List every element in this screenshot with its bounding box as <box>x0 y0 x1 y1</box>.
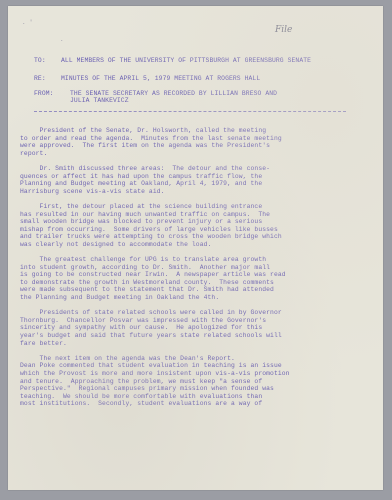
text-line: fare better. <box>20 340 385 348</box>
text-line: Perspective." Regional campuses primary … <box>20 385 385 393</box>
text-line: Dr. Smith discussed three areas: The det… <box>20 165 385 173</box>
text-line: quences or affect it has had upon the ca… <box>20 173 385 181</box>
text-line: Dean Poke commented that student evaluat… <box>20 362 385 370</box>
text-line: Thornburg. Chancellor Posvar was impress… <box>20 317 385 325</box>
from-value-line2: JULIA TANKEVICZ <box>70 97 129 105</box>
to-label: TO: <box>34 57 61 65</box>
text-line: the Planning and Budget meeting in Oakla… <box>20 294 385 302</box>
text-line: Presidents of state related schools were… <box>20 309 385 317</box>
text-line: teaching. We should be more comfortable … <box>20 393 385 401</box>
text-line: and tenure. Approaching the problem, we … <box>20 378 385 386</box>
memo-page: . ' . File TO:ALL MEMBERS OF THE UNIVERS… <box>8 6 383 490</box>
text-line: was clearly not designed to accommodate … <box>20 241 385 249</box>
memo-paragraph: Dr. Smith discussed three areas: The det… <box>20 165 385 195</box>
text-line: The greatest challenge for UPG is to tra… <box>20 256 385 264</box>
memo-paragraph: First, the detour placed at the science … <box>20 203 385 249</box>
text-line: small wooden bridge was blocked to preve… <box>20 218 385 226</box>
text-line: were approved. The first item on the age… <box>20 142 385 150</box>
text-line: Planning and Budget meeting at Oakland, … <box>20 180 385 188</box>
header-to: TO:ALL MEMBERS OF THE UNIVERSITY OF PITT… <box>34 57 311 65</box>
memo-paragraph: President of the Senate, Dr. Holsworth, … <box>20 127 385 157</box>
memo-paragraph: The next item on the agenda was the Dean… <box>20 355 385 408</box>
text-line: and trailer trucks were attempting to cr… <box>20 233 385 241</box>
header-divider <box>34 111 346 112</box>
text-line: mishap from occurring. Some drivers of l… <box>20 226 385 234</box>
header-re: RE:MINUTES OF THE APRIL 5, 1979 MEETING … <box>34 75 260 83</box>
handwritten-annotation: File <box>275 25 292 35</box>
text-line: President of the Senate, Dr. Holsworth, … <box>20 127 385 135</box>
memo-paragraph: The greatest challenge for UPG is to tra… <box>20 256 385 302</box>
memo-paragraph: Presidents of state related schools were… <box>20 309 385 347</box>
paper-speck: . ' <box>22 19 33 26</box>
text-line: to order and read the agenda. Minutes fr… <box>20 135 385 143</box>
text-line: to demonstrate the growth in Westmorelan… <box>20 279 385 287</box>
text-line: were made subsequent to the statement th… <box>20 286 385 294</box>
text-line: into student growth, according to Dr. Sm… <box>20 264 385 272</box>
text-line: The next item on the agenda was the Dean… <box>20 355 385 363</box>
text-line: which the Provost is more and more insis… <box>20 370 385 378</box>
text-line: First, the detour placed at the science … <box>20 203 385 211</box>
text-line: sincerity and sympathy with our cause. H… <box>20 324 385 332</box>
re-label: RE: <box>34 75 61 83</box>
to-value: ALL MEMBERS OF THE UNIVERSITY OF PITTSBU… <box>61 57 311 64</box>
paper-speck: . <box>60 36 64 43</box>
text-line: is going to be constructed near Irwin. A… <box>20 271 385 279</box>
text-line: most institutions. Secondly, student eva… <box>20 400 385 408</box>
text-line: Harrisburg scene vis-a-vis state aid. <box>20 188 385 196</box>
text-line: has resulted in our having much unwanted… <box>20 211 385 219</box>
re-value: MINUTES OF THE APRIL 5, 1979 MEETING AT … <box>61 75 260 82</box>
from-label: FROM: <box>34 90 70 98</box>
text-line: year's budget and said that future years… <box>20 332 385 340</box>
text-line: report. <box>20 150 385 158</box>
from-value-line1: THE SENATE SECRETARY AS RECORDED BY LILL… <box>70 90 277 97</box>
memo-body: President of the Senate, Dr. Holsworth, … <box>20 127 385 416</box>
